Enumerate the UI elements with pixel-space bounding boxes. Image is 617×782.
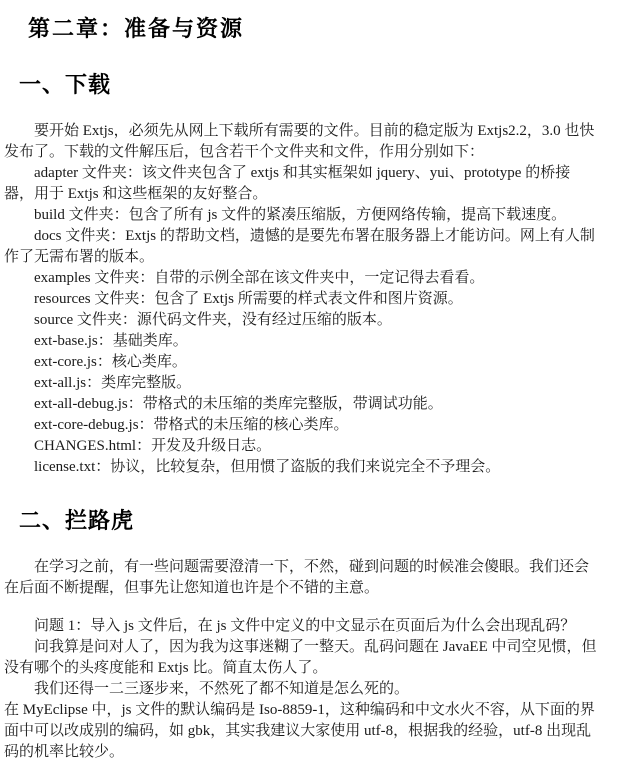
paragraph: ext-core.js：核心类库。 xyxy=(4,352,600,373)
paragraph: 问题 1：导入 js 文件后，在 js 文件中定义的中文显示在页面后为什么会出现… xyxy=(4,616,600,637)
section-heading: 二、拦路虎 xyxy=(19,507,601,535)
paragraph: ext-all.js：类库完整版。 xyxy=(4,373,600,394)
chapter-title: 第二章：准备与资源 xyxy=(28,16,601,42)
document-page: 第二章：准备与资源 一、下载要开始 Extjs，必须先从网上下载所有需要的文件。… xyxy=(0,0,617,782)
document-body: 一、下载要开始 Extjs，必须先从网上下载所有需要的文件。目前的稳定版为 Ex… xyxy=(0,71,617,763)
paragraph: source 文件夹：源代码文件夹，没有经过压缩的版本。 xyxy=(4,310,600,331)
paragraph: license.txt：协议，比较复杂，但用惯了盗版的我们来说完全不予理会。 xyxy=(4,457,600,478)
paragraph: CHANGES.html：开发及升级日志。 xyxy=(4,436,600,457)
paragraph: docs 文件夹：Extjs 的帮助文档，遗憾的是要先布署在服务器上才能访问。网… xyxy=(4,226,600,268)
paragraph: 在学习之前，有一些问题需要澄清一下，不然，碰到问题的时候准会傻眼。我们还会在后面… xyxy=(4,557,600,599)
section-heading: 一、下载 xyxy=(19,71,601,99)
paragraph: adapter 文件夹：该文件夹包含了 extjs 和其实框架如 jquery、… xyxy=(4,163,600,205)
paragraph: resources 文件夹：包含了 Extjs 所需要的样式表文件和图片资源。 xyxy=(4,289,600,310)
section-2: 二、拦路虎在学习之前，有一些问题需要澄清一下，不然，碰到问题的时候准会傻眼。我们… xyxy=(0,507,617,763)
paragraph: 问我算是问对人了，因为我为这事迷糊了一整天。乱码问题在 JavaEE 中司空见惯… xyxy=(4,637,600,679)
paragraph: ext-base.js：基础类库。 xyxy=(4,331,600,352)
paragraph: 在 MyEclipse 中，js 文件的默认编码是 Iso-8859-1，这种编… xyxy=(4,700,600,763)
paragraph: build 文件夹：包含了所有 js 文件的紧凑压缩版，方便网络传输，提高下载速… xyxy=(4,205,600,226)
paragraph: ext-all-debug.js：带格式的未压缩的类库完整版，带调试功能。 xyxy=(4,394,600,415)
paragraph: 我们还得一二三逐步来，不然死了都不知道是怎么死的。 xyxy=(4,679,600,700)
paragraph: 要开始 Extjs，必须先从网上下载所有需要的文件。目前的稳定版为 Extjs2… xyxy=(4,121,600,163)
section-1: 一、下载要开始 Extjs，必须先从网上下载所有需要的文件。目前的稳定版为 Ex… xyxy=(0,71,617,478)
paragraph: ext-core-debug.js：带格式的未压缩的核心类库。 xyxy=(4,415,600,436)
paragraph: examples 文件夹：自带的示例全部在该文件夹中，一定记得去看看。 xyxy=(4,268,600,289)
